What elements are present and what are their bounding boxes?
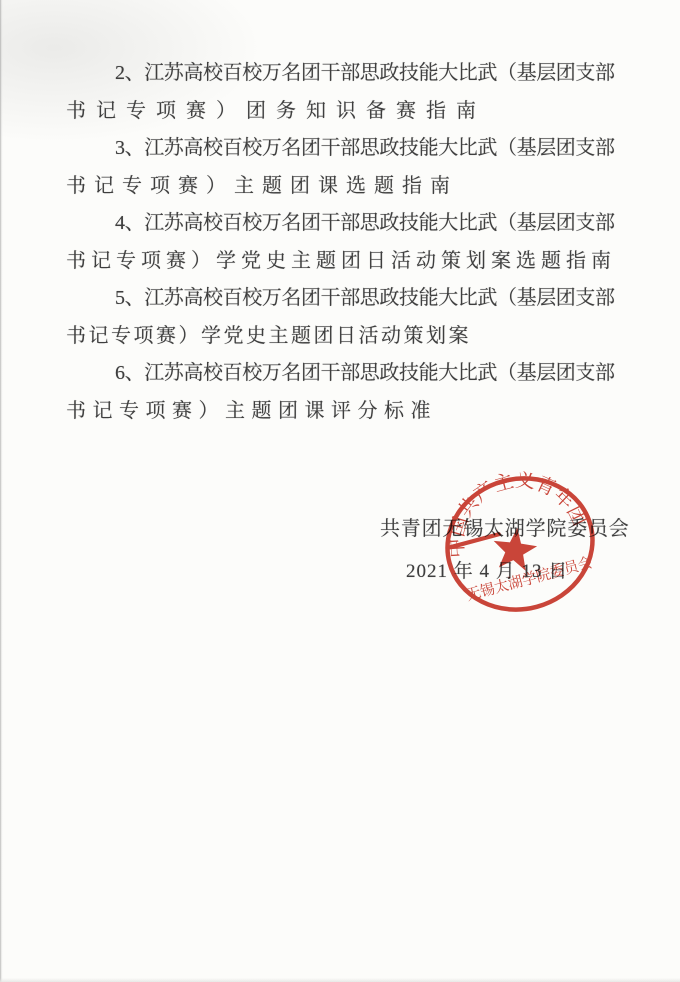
list-item-4-line-1: 4、江苏高校百校万名团干部思政技能大比武（基层团支部 (66, 205, 660, 243)
list-item-5-line-2: 书记专项赛）学党史主题团日活动策划案 (66, 318, 660, 356)
attachment-list: 2、江苏高校百校万名团干部思政技能大比武（基层团支部 书记专项赛）团务知识备赛指… (66, 55, 660, 430)
official-seal: 中国共产主义青年团 无锡太湖学院委员会 (420, 444, 620, 644)
list-item-6-line-2: 书记专项赛）主题团课评分标准 (66, 393, 660, 431)
list-item-2-line-1: 2、江苏高校百校万名团干部思政技能大比武（基层团支部 (66, 55, 660, 93)
list-item-3-line-1: 3、江苏高校百校万名团干部思政技能大比武（基层团支部 (66, 130, 660, 168)
scanned-document-page: 2、江苏高校百校万名团干部思政技能大比武（基层团支部 书记专项赛）团务知识备赛指… (0, 0, 680, 982)
list-item-2-line-2: 书记专项赛）团务知识备赛指南 (66, 93, 660, 131)
list-item-6-line-1: 6、江苏高校百校万名团干部思政技能大比武（基层团支部 (66, 355, 660, 393)
seal-star-icon (491, 525, 540, 572)
seal-bottom-text: 无锡太湖学院委员会 (464, 554, 594, 604)
list-item-3-line-2: 书记专项赛）主题团课选题指南 (66, 168, 660, 206)
scan-bottom-edge (0, 978, 680, 982)
scan-left-edge (0, 0, 3, 982)
list-item-4-line-2: 书记专项赛）学党史主题团日活动策划案选题指南 (66, 243, 660, 281)
list-item-5-line-1: 5、江苏高校百校万名团干部思政技能大比武（基层团支部 (66, 280, 660, 318)
